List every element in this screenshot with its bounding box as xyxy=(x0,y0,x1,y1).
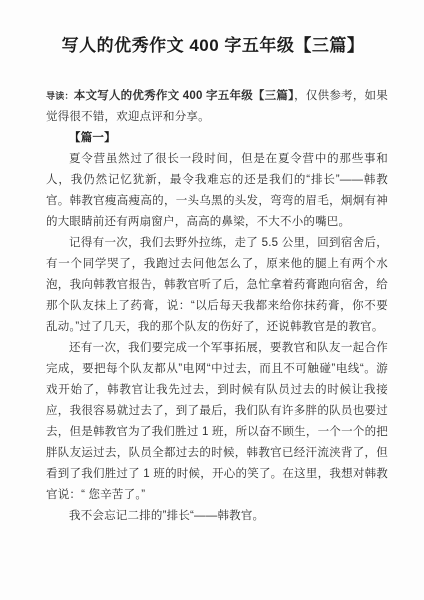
document-page: 写人的优秀作文 400 字五年级【三篇】 导读：本文写人的优秀作文 400 字五… xyxy=(0,0,424,600)
intro-bold-text: 本文写人的优秀作文 400 字五年级【三篇】 xyxy=(74,90,294,102)
essay-paragraph-2: 记得有一次，我们去野外拉练，走了 5.5 公里，回到宿舍后，有一个同学哭了，我跑… xyxy=(46,233,388,338)
essay-paragraph-3: 还有一次，我们要完成一个军事拓展，要教官和队友一起合作完成，要把每个队友都从”电… xyxy=(46,338,388,506)
intro-paragraph: 导读：本文写人的优秀作文 400 字五年级【三篇】，仅供参考，如果觉得很不错，欢… xyxy=(46,86,388,128)
document-title: 写人的优秀作文 400 字五年级【三篇】 xyxy=(38,34,388,58)
section-heading: 【篇一】 xyxy=(46,128,388,149)
essay-paragraph-4: 我不会忘记二排的”排长“——韩教官。 xyxy=(46,506,388,527)
essay-paragraph-1: 夏令营虽然过了很长一段时间，但是在夏令营中的那些事和人，我仍然记忆犹新，最令我难… xyxy=(46,149,388,233)
intro-label: 导读： xyxy=(46,91,74,101)
